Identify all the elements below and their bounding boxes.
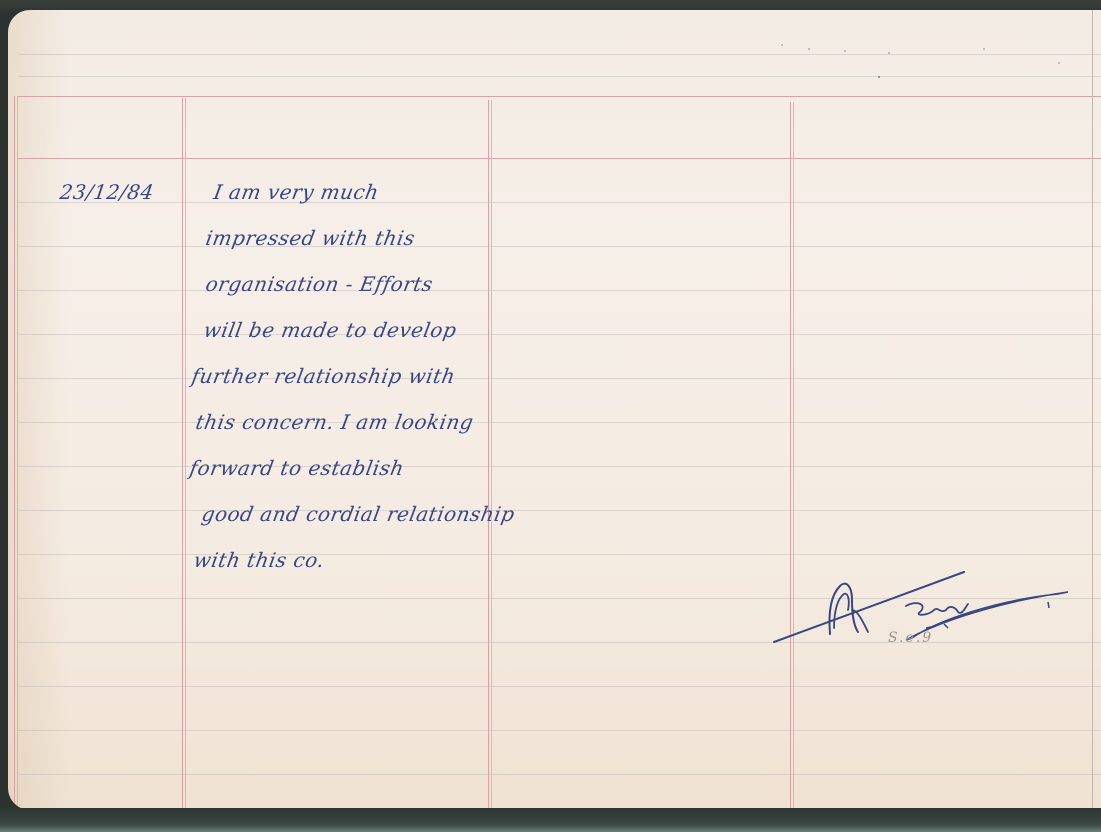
scanned-ledger: 23/12/84 I am very much impressed with t…	[0, 0, 1101, 832]
paper-speck	[983, 48, 985, 50]
paper-speck	[888, 52, 890, 54]
remarks-column-rule	[488, 100, 489, 810]
ruled-line	[18, 774, 1101, 775]
paper-speck	[808, 48, 810, 50]
ruled-line	[18, 334, 1101, 335]
date-column-rule	[182, 98, 183, 810]
remarks-line: with this co.	[192, 548, 327, 572]
entry-date: 23/12/84	[58, 180, 155, 204]
right-page-edge	[1092, 10, 1093, 810]
remarks-line: will be made to develop	[202, 318, 459, 342]
paper-speck	[1058, 62, 1060, 64]
ruled-line	[18, 202, 1101, 203]
header-bottom-rule	[18, 158, 1101, 159]
ruled-line	[18, 76, 1101, 77]
ruled-line	[18, 466, 1101, 467]
paper-speck	[844, 50, 846, 52]
ruled-line	[18, 378, 1101, 379]
remarks-line: good and cordial relationship	[200, 502, 517, 526]
pencil-annotation: S.e.9	[888, 630, 933, 646]
remarks-line: this concern. I am looking	[194, 410, 476, 434]
blank-column-rule	[790, 102, 791, 810]
header-top-rule	[18, 96, 1101, 97]
remarks-line: organisation - Efforts	[204, 272, 435, 296]
ruled-line	[18, 686, 1101, 687]
left-margin-rule	[14, 96, 15, 810]
remarks-line: further relationship with	[190, 364, 457, 388]
ruled-line	[18, 510, 1101, 511]
remarks-line: impressed with this	[204, 226, 417, 250]
ruled-line	[18, 730, 1101, 731]
remarks-line: I am very much	[212, 180, 381, 204]
ruled-line	[18, 54, 1101, 55]
ruled-line	[18, 246, 1101, 247]
ledger-page: 23/12/84 I am very much impressed with t…	[8, 10, 1101, 810]
ruled-line	[18, 290, 1101, 291]
remarks-line: forward to establish	[188, 456, 406, 480]
ruled-line	[18, 422, 1101, 423]
book-binding-bottom	[0, 808, 1101, 832]
paper-speck	[878, 76, 880, 78]
paper-speck	[781, 44, 783, 46]
